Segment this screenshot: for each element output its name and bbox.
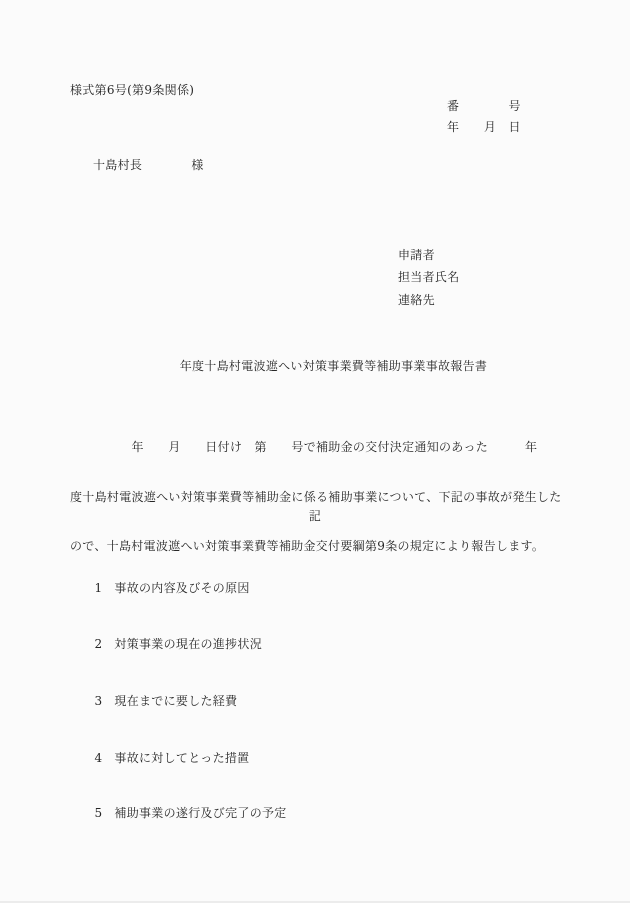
list-item-5-number: 5 xyxy=(94,806,102,820)
contact-person-label: 担当者氏名 xyxy=(398,268,460,285)
form-number: 様式第6号(第9条関係) xyxy=(70,81,194,98)
list-item-5: 5補助事業の遂行及び完了の予定 xyxy=(78,790,287,835)
list-item-1-text: 事故の内容及びその原因 xyxy=(114,581,249,595)
document-title: 年度十島村電波遮へい対策事業費等補助事業事故報告書 xyxy=(0,357,630,374)
addressee-line: 十島村長 様 xyxy=(93,156,204,173)
body-line-1: 年 月 日付け 第 号で補助金の交付決定通知のあった 年 xyxy=(70,437,570,459)
list-item-3-text: 現在までに要した経費 xyxy=(114,694,237,708)
list-item-4-text: 事故に対してとった措置 xyxy=(114,751,249,765)
list-item-1-number: 1 xyxy=(94,581,102,595)
list-item-2: 2対策事業の現在の進捗状況 xyxy=(78,621,262,666)
list-item-2-text: 対策事業の現在の進捗状況 xyxy=(114,637,262,651)
record-marker: 記 xyxy=(0,507,630,524)
list-item-3-number: 3 xyxy=(94,694,102,708)
list-item-2-number: 2 xyxy=(94,637,102,651)
body-paragraph: 年 月 日付け 第 号で補助金の交付決定通知のあった 年 度十島村電波遮へい対策… xyxy=(70,409,570,586)
list-item-1: 1事故の内容及びその原因 xyxy=(78,565,250,610)
list-item-4-number: 4 xyxy=(94,751,102,765)
document-date-line: 年 月 日 xyxy=(447,118,521,135)
list-item-3: 3現在までに要した経費 xyxy=(78,678,237,723)
document-number-line: 番 号 xyxy=(447,97,521,114)
body-line-2: 度十島村電波遮へい対策事業費等補助金に係る補助事業について、下記の事故が発生した xyxy=(70,487,570,509)
contact-info-label: 連絡先 xyxy=(398,291,435,308)
list-item-4: 4事故に対してとった措置 xyxy=(78,735,249,780)
document-page: 様式第6号(第9条関係) 番 号 年 月 日 十島村長 様 申請者 担当者氏名 … xyxy=(0,0,630,903)
body-line-3: ので、十島村電波遮へい対策事業費等補助金交付要綱第9条の規定により報告します。 xyxy=(70,536,570,558)
list-item-5-text: 補助事業の遂行及び完了の予定 xyxy=(114,806,286,820)
applicant-label: 申請者 xyxy=(398,246,435,263)
